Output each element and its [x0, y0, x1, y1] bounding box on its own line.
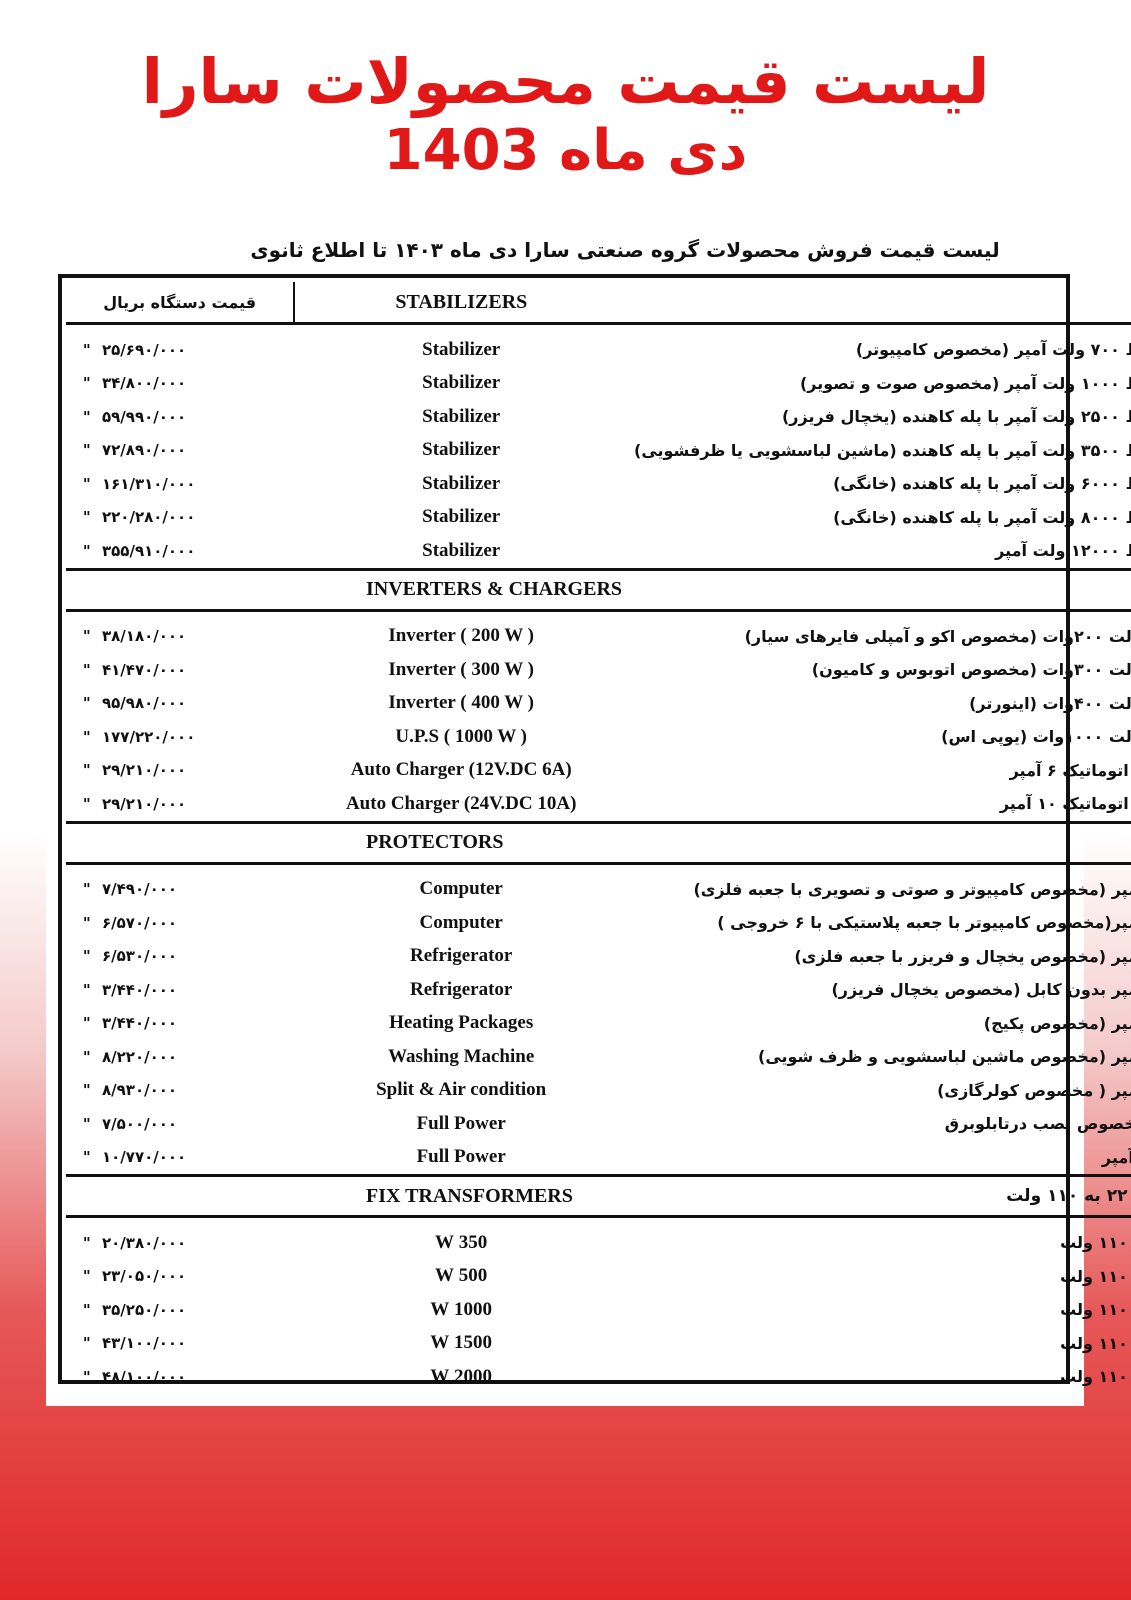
table-header-row: ردیف استابیلایزرها STABILIZERS قیمت دستگ… — [66, 282, 1131, 324]
price-value: ۸/۹۳۰/۰۰۰ — [102, 1081, 177, 1099]
price-cell: ۴۸/۱۰۰/۰۰۰" — [66, 1360, 294, 1394]
table-row: ۲۲محافظ ۱۲۰۰۰ ولت آمپرFull Power۱۰/۷۷۰/۰… — [66, 1141, 1131, 1176]
price-value: ۷/۵۰۰/۰۰۰ — [102, 1115, 177, 1133]
product-name-en: Split & Air condition — [294, 1074, 628, 1108]
product-name-en: Full Power — [294, 1107, 628, 1141]
price-value: ۲۰/۳۸۰/۰۰۰ — [102, 1234, 186, 1252]
table-row: ۷استابیلایزر با محافظ ۱۲۰۰۰ ولت آمپرStab… — [66, 534, 1131, 569]
table-row: ۲۶ترانس تبدیل ۲۲۰ به ۱۱۰ ولت1500 W۴۳/۱۰۰… — [66, 1327, 1131, 1361]
table-row: ۲۵ترانس تبدیل ۲۲۰ به ۱۱۰ ولت1000 W۳۵/۲۵۰… — [66, 1293, 1131, 1327]
ditto-mark: " — [72, 475, 102, 493]
section-header-row: مبدل ها – شارژرهاINVERTERS & CHARGERS — [66, 569, 1131, 610]
product-description: محافظ ۲۴۵۰ ولت آمپر (مخصوص کامپیوتر و صو… — [628, 873, 1131, 907]
price-cell: ۳۸/۱۸۰/۰۰۰" — [66, 620, 294, 654]
section-title-fa: محافظ ها — [628, 822, 1131, 863]
product-name-en: Full Power — [294, 1141, 628, 1176]
product-description: محافظ ۱۲۰۰۰ ولت آمپر — [628, 1141, 1131, 1176]
table-row: ۱۶محافظ ۲۴۵۰ ولت آمپر (مخصوص یخچال و فری… — [66, 940, 1131, 974]
price-cell: ۱۶۱/۳۱۰/۰۰۰" — [66, 467, 294, 501]
product-description: استابیلایزر با محافظ ۱۲۰۰۰ ولت آمپر — [628, 534, 1131, 569]
product-name-en: Inverter ( 400 W ) — [294, 687, 628, 721]
product-description: ترانس تبدیل ۲۲۰ به ۱۱۰ ولت — [628, 1226, 1131, 1260]
product-name-en: Washing Machine — [294, 1040, 628, 1074]
price-value: ۶/۵۷۰/۰۰۰ — [102, 914, 177, 932]
table-row: ۲۰محافظ ۶۵۰۰ ولت آمپر ( مخصوص کولرگازی)S… — [66, 1074, 1131, 1108]
price-value: ۹۵/۹۸۰/۰۰۰ — [102, 694, 186, 712]
spacer-row — [66, 1217, 1131, 1227]
section-title-fa: ترانس های تبدیل ۲۲۰ به ۱۱۰ ولت — [628, 1176, 1131, 1217]
price-cell: ۱۰/۷۷۰/۰۰۰" — [66, 1141, 294, 1176]
ditto-mark: " — [72, 542, 102, 560]
price-cell: ۱۷۷/۲۲۰/۰۰۰" — [66, 720, 294, 754]
price-value: ۴۱/۴۷۰/۰۰۰ — [102, 661, 186, 679]
table-row: ۳استابیلایزر با محافظ ۲۵۰۰ ولت آمپر با پ… — [66, 400, 1131, 434]
table-row: ۱۴محافظ ۲۴۵۰ ولت آمپر (مخصوص کامپیوتر و … — [66, 873, 1131, 907]
product-description: محافظ ۲۵۰۰ ولت آمپر(مخصوص کامپیوتر با جع… — [628, 906, 1131, 940]
price-list-subtitle: لیست قیمت فروش محصولات گروه صنعتی سارا د… — [46, 238, 1084, 262]
price-value: ۷۲/۸۹۰/۰۰۰ — [102, 441, 186, 459]
product-description: محافظ ۲۴۵۰ ولت آمپر بدون کابل (مخصوص یخچ… — [628, 973, 1131, 1007]
product-name-en: Refrigerator — [294, 940, 628, 974]
spacer-row — [66, 863, 1131, 873]
spacer-row — [66, 324, 1131, 334]
product-description: ترانس تبدیل ۲۲۰ به ۱۱۰ ولت — [628, 1260, 1131, 1294]
price-value: ۳۵/۲۵۰/۰۰۰ — [102, 1301, 186, 1319]
price-list-sheet: لیست قیمت فروش محصولات گروه صنعتی سارا د… — [46, 230, 1084, 1406]
ditto-mark: " — [72, 508, 102, 526]
product-name-en: 1500 W — [294, 1327, 628, 1361]
product-name-en: 500 W — [294, 1260, 628, 1294]
table-row: ۲استابیلایزر با محافظ ۱۰۰۰ ولت آمپر (مخص… — [66, 367, 1131, 401]
product-description: مبدل برق ۲۴به۲۲۰ولت ۱۰۰۰وات (یوپی اس) — [628, 720, 1131, 754]
price-cell: ۲۹/۲۱۰/۰۰۰" — [66, 787, 294, 822]
price-table: ردیف استابیلایزرها STABILIZERS قیمت دستگ… — [66, 282, 1131, 1394]
section-header-row: ترانس های تبدیل ۲۲۰ به ۱۱۰ ولتFIX TRANSF… — [66, 1176, 1131, 1217]
ditto-mark: " — [72, 374, 102, 392]
price-cell: ۲۵/۶۹۰/۰۰۰" — [66, 333, 294, 367]
price-value: ۲۹/۲۱۰/۰۰۰ — [102, 761, 186, 779]
ditto-mark: " — [72, 914, 102, 932]
price-value: ۳۵۵/۹۱۰/۰۰۰ — [102, 542, 195, 560]
product-name-en: Refrigerator — [294, 973, 628, 1007]
product-description: محافظ ۲۴۵۰ ولت آمپر (مخصوص پکیج) — [628, 1007, 1131, 1041]
price-value: ۲۲۰/۲۸۰/۰۰۰ — [102, 508, 195, 526]
price-cell: ۶/۵۳۰/۰۰۰" — [66, 940, 294, 974]
price-cell: ۸/۹۳۰/۰۰۰" — [66, 1074, 294, 1108]
price-cell: ۴۳/۱۰۰/۰۰۰" — [66, 1327, 294, 1361]
ditto-mark: " — [72, 1081, 102, 1099]
price-value: ۴۸/۱۰۰/۰۰۰ — [102, 1368, 186, 1386]
section-title-en: FIX TRANSFORMERS — [66, 1176, 628, 1217]
product-name-en: 1000 W — [294, 1293, 628, 1327]
table-row: ۱۳شارژر ۲۴ ولت تمام اتوماتیک ۱۰ آمپرAuto… — [66, 787, 1131, 822]
header-category-fa: استابیلایزرها — [628, 282, 1131, 324]
table-row: ۱۰مبدل برق ۱۲به۲۲۰ولت ۴۰۰وات (اینورتر)In… — [66, 687, 1131, 721]
section-title-fa: مبدل ها – شارژرها — [628, 569, 1131, 610]
product-description: شارژر ۲۴ ولت تمام اتوماتیک ۱۰ آمپر — [628, 787, 1131, 822]
table-row: ۱استابیلایزر با محافظ ۷۰۰ ولت آمپر (مخصو… — [66, 333, 1131, 367]
ditto-mark: " — [72, 341, 102, 359]
product-name-en: Computer — [294, 873, 628, 907]
section-header-row: محافظ هاPROTECTORS — [66, 822, 1131, 863]
ditto-mark: " — [72, 408, 102, 426]
section-title-en: INVERTERS & CHARGERS — [66, 569, 628, 610]
spacer-cell — [66, 863, 1131, 873]
product-description: استابیلایزر با محافظ ۳۵۰۰ ولت آمپر با پل… — [628, 434, 1131, 468]
table-row: ۱۷محافظ ۲۴۵۰ ولت آمپر بدون کابل (مخصوص ی… — [66, 973, 1131, 1007]
table-row: ۲۱محافظ مینیاتوری مخصوص نصب درتابلوبرقFu… — [66, 1107, 1131, 1141]
table-row: ۱۲شارژر ۱۲ ولت تمام اتوماتیک ۶ آمپرAuto … — [66, 754, 1131, 788]
table-row: ۲۳ترانس تبدیل ۲۲۰ به ۱۱۰ ولت350 W۲۰/۳۸۰/… — [66, 1226, 1131, 1260]
product-name-en: Inverter ( 200 W ) — [294, 620, 628, 654]
table-row: ۲۷ترانس تبدیل ۲۲۰ به ۱۱۰ ولت2000 W۴۸/۱۰۰… — [66, 1360, 1131, 1394]
ditto-mark: " — [72, 661, 102, 679]
table-row: ۲۴ترانس تبدیل ۲۲۰ به ۱۱۰ ولت500 W۲۳/۰۵۰/… — [66, 1260, 1131, 1294]
price-cell: ۳۵۵/۹۱۰/۰۰۰" — [66, 534, 294, 569]
price-cell: ۷/۴۹۰/۰۰۰" — [66, 873, 294, 907]
price-cell: ۸/۲۲۰/۰۰۰" — [66, 1040, 294, 1074]
price-value: ۸/۲۲۰/۰۰۰ — [102, 1048, 177, 1066]
price-cell: ۲۳/۰۵۰/۰۰۰" — [66, 1260, 294, 1294]
product-description: مبدل برق ۲۴به۲۲۰ولت ۳۰۰وات (مخصوص اتوبوس… — [628, 653, 1131, 687]
section-title-en: PROTECTORS — [66, 822, 628, 863]
price-cell: ۹۵/۹۸۰/۰۰۰" — [66, 687, 294, 721]
product-description: محافظ مینیاتوری مخصوص نصب درتابلوبرق — [628, 1107, 1131, 1141]
price-cell: ۵۹/۹۹۰/۰۰۰" — [66, 400, 294, 434]
ditto-mark: " — [72, 627, 102, 645]
ditto-mark: " — [72, 1148, 102, 1166]
price-cell: ۶/۵۷۰/۰۰۰" — [66, 906, 294, 940]
ditto-mark: " — [72, 1301, 102, 1319]
header-category-en: STABILIZERS — [294, 282, 628, 324]
price-value: ۲۵/۶۹۰/۰۰۰ — [102, 341, 186, 359]
price-value: ۷/۴۹۰/۰۰۰ — [102, 880, 177, 898]
product-description: استابیلایزر با محافظ ۲۵۰۰ ولت آمپر با پل… — [628, 400, 1131, 434]
ditto-mark: " — [72, 1115, 102, 1133]
spacer-cell — [66, 610, 1131, 620]
price-value: ۳/۴۴۰/۰۰۰ — [102, 1014, 177, 1032]
product-name-en: Stabilizer — [294, 367, 628, 401]
ditto-mark: " — [72, 981, 102, 999]
price-cell: ۳/۴۴۰/۰۰۰" — [66, 1007, 294, 1041]
price-table-frame: ردیف استابیلایزرها STABILIZERS قیمت دستگ… — [58, 274, 1070, 1384]
ditto-mark: " — [72, 1334, 102, 1352]
price-value: ۲۳/۰۵۰/۰۰۰ — [102, 1267, 186, 1285]
price-cell: ۷/۵۰۰/۰۰۰" — [66, 1107, 294, 1141]
product-description: استابیلایزر با محافظ ۷۰۰ ولت آمپر (مخصوص… — [628, 333, 1131, 367]
product-name-en: Auto Charger (24V.DC 10A) — [294, 787, 628, 822]
price-value: ۴۳/۱۰۰/۰۰۰ — [102, 1334, 186, 1352]
spacer-cell — [66, 1217, 1131, 1227]
table-row: ۱۸محافظ ۲۴۵۰ ولت آمپر (مخصوص پکیج)Heatin… — [66, 1007, 1131, 1041]
price-cell: ۲۲۰/۲۸۰/۰۰۰" — [66, 501, 294, 535]
headline-date: دی ماه 1403 — [0, 116, 1131, 186]
product-description: ترانس تبدیل ۲۲۰ به ۱۱۰ ولت — [628, 1360, 1131, 1394]
product-description: محافظ ۲۴۵۰ ولت آمپر (مخصوص یخچال و فریزر… — [628, 940, 1131, 974]
product-name-en: Stabilizer — [294, 333, 628, 367]
price-cell: ۷۲/۸۹۰/۰۰۰" — [66, 434, 294, 468]
price-cell: ۲۹/۲۱۰/۰۰۰" — [66, 754, 294, 788]
product-description: ترانس تبدیل ۲۲۰ به ۱۱۰ ولت — [628, 1293, 1131, 1327]
product-description: استابیلایزر با محافظ ۶۰۰۰ ولت آمپر با پل… — [628, 467, 1131, 501]
table-row: ۸مبدل برق ۱۲به۲۲۰ولت ۲۰۰وات (مخصوص اکو و… — [66, 620, 1131, 654]
spacer-cell — [66, 324, 1131, 334]
product-name-en: Heating Packages — [294, 1007, 628, 1041]
ditto-mark: " — [72, 795, 102, 813]
product-description: مبدل برق ۱۲به۲۲۰ولت ۲۰۰وات (مخصوص اکو و … — [628, 620, 1131, 654]
ditto-mark: " — [72, 880, 102, 898]
price-value: ۶/۵۳۰/۰۰۰ — [102, 947, 177, 965]
table-row: ۹مبدل برق ۲۴به۲۲۰ولت ۳۰۰وات (مخصوص اتوبو… — [66, 653, 1131, 687]
product-description: شارژر ۱۲ ولت تمام اتوماتیک ۶ آمپر — [628, 754, 1131, 788]
ditto-mark: " — [72, 441, 102, 459]
product-description: محافظ ۶۵۰۰ ولت آمپر ( مخصوص کولرگازی) — [628, 1074, 1131, 1108]
ditto-mark: " — [72, 728, 102, 746]
product-name-en: Stabilizer — [294, 467, 628, 501]
price-value: ۳/۴۴۰/۰۰۰ — [102, 981, 177, 999]
price-value: ۳۴/۸۰۰/۰۰۰ — [102, 374, 186, 392]
price-cell: ۴۱/۴۷۰/۰۰۰" — [66, 653, 294, 687]
price-cell: ۳۵/۲۵۰/۰۰۰" — [66, 1293, 294, 1327]
price-value: ۱۷۷/۲۲۰/۰۰۰ — [102, 728, 195, 746]
table-row: ۶استابیلایزر با محافظ ۸۰۰۰ ولت آمپر با پ… — [66, 501, 1131, 535]
table-row: ۱۱مبدل برق ۲۴به۲۲۰ولت ۱۰۰۰وات (یوپی اس)U… — [66, 720, 1131, 754]
product-name-en: Stabilizer — [294, 400, 628, 434]
spacer-row — [66, 610, 1131, 620]
ditto-mark: " — [72, 1014, 102, 1032]
price-cell: ۲۰/۳۸۰/۰۰۰" — [66, 1226, 294, 1260]
ditto-mark: " — [72, 1267, 102, 1285]
header-price: قیمت دستگاه بریال — [66, 282, 294, 324]
product-description: استابیلایزر با محافظ ۱۰۰۰ ولت آمپر (مخصو… — [628, 367, 1131, 401]
product-name-en: 350 W — [294, 1226, 628, 1260]
ditto-mark: " — [72, 694, 102, 712]
product-name-en: Auto Charger (12V.DC 6A) — [294, 754, 628, 788]
table-row: ۱۵محافظ ۲۵۰۰ ولت آمپر(مخصوص کامپیوتر با … — [66, 906, 1131, 940]
product-name-en: Stabilizer — [294, 434, 628, 468]
product-description: ترانس تبدیل ۲۲۰ به ۱۱۰ ولت — [628, 1327, 1131, 1361]
price-cell: ۳/۴۴۰/۰۰۰" — [66, 973, 294, 1007]
ditto-mark: " — [72, 1048, 102, 1066]
price-value: ۲۹/۲۱۰/۰۰۰ — [102, 795, 186, 813]
table-row: ۴استابیلایزر با محافظ ۳۵۰۰ ولت آمپر با پ… — [66, 434, 1131, 468]
product-description: مبدل برق ۱۲به۲۲۰ولت ۴۰۰وات (اینورتر) — [628, 687, 1131, 721]
headline-title: لیست قیمت محصولات سارا — [0, 42, 1131, 122]
product-name-en: Stabilizer — [294, 534, 628, 569]
table-row: ۵استابیلایزر با محافظ ۶۰۰۰ ولت آمپر با پ… — [66, 467, 1131, 501]
product-name-en: Inverter ( 300 W ) — [294, 653, 628, 687]
price-value: ۱۶۱/۳۱۰/۰۰۰ — [102, 475, 195, 493]
product-description: محافظ ۵۰۰۰ ولت آمپر (مخصوص ماشین لباسشوی… — [628, 1040, 1131, 1074]
product-name-en: Computer — [294, 906, 628, 940]
price-value: ۱۰/۷۷۰/۰۰۰ — [102, 1148, 186, 1166]
price-cell: ۳۴/۸۰۰/۰۰۰" — [66, 367, 294, 401]
price-value: ۵۹/۹۹۰/۰۰۰ — [102, 408, 186, 426]
product-name-en: U.P.S ( 1000 W ) — [294, 720, 628, 754]
ditto-mark: " — [72, 947, 102, 965]
product-name-en: 2000 W — [294, 1360, 628, 1394]
table-row: ۱۹محافظ ۵۰۰۰ ولت آمپر (مخصوص ماشین لباسش… — [66, 1040, 1131, 1074]
price-value: ۳۸/۱۸۰/۰۰۰ — [102, 627, 186, 645]
product-name-en: Stabilizer — [294, 501, 628, 535]
ditto-mark: " — [72, 1368, 102, 1386]
ditto-mark: " — [72, 761, 102, 779]
product-description: استابیلایزر با محافظ ۸۰۰۰ ولت آمپر با پل… — [628, 501, 1131, 535]
ditto-mark: " — [72, 1234, 102, 1252]
